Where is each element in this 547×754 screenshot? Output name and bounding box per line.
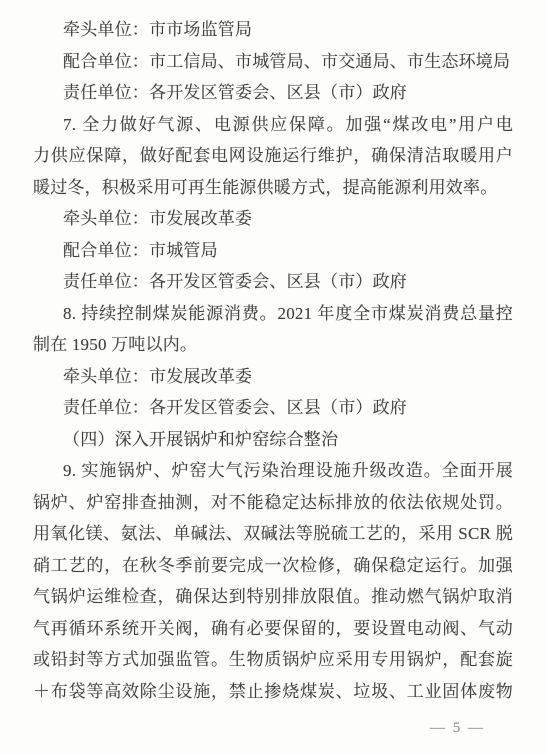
document-line-body: 锅炉、炉窑排查抽测，对不能稳定达标排放的依法依规处罚。采 [33,487,513,519]
document-line-body: 9. 实施锅炉、炉窑大气污染治理设施升级改造。全面开展 [33,455,513,487]
document-line-body: 或铅封等方式加强监管。生物质锅炉应采用专用锅炉，配套旋风 [33,644,513,676]
document-line-body: ＋布袋等高效除尘设施，禁止掺烧煤炭、垃圾、工业固体废物等 [33,676,513,708]
document-line-unit: 责任单位：各开发区管委会、区县（市）政府 [33,392,513,424]
document-body: 牵头单位：市市场监管局配合单位：市工信局、市城管局、市交通局、市生态环境局责任单… [33,14,513,707]
document-line-body: 硝工艺的，在秋冬季前要完成一次检修，确保稳定运行。加强燃 [33,550,513,582]
document-line-unit: 配合单位：市工信局、市城管局、市交通局、市生态环境局 [33,46,513,78]
document-line-unit: 牵头单位：市发展改革委 [33,361,513,393]
document-line-body: 8. 持续控制煤炭能源消费。2021 年度全市煤炭消费总量控 [33,298,513,330]
document-line-body: 7. 全力做好气源、电源供应保障。加强“煤改电”用户电 [33,109,513,141]
document-page: 牵头单位：市市场监管局配合单位：市工信局、市城管局、市交通局、市生态环境局责任单… [0,0,547,754]
document-line-body: 用氧化镁、氨法、单碱法、双碱法等脱硫工艺的，采用 SCR 脱 [33,518,513,550]
document-line-unit: 牵头单位：市发展改革委 [33,203,513,235]
document-line-body: 暖过冬，积极采用可再生能源供暖方式，提高能源利用效率。 [33,172,513,204]
document-line-body: 力供应保障，做好配套电网设施运行维护，确保清洁取暖用户温 [33,140,513,172]
document-line-unit: 牵头单位：市市场监管局 [33,14,513,46]
document-line-unit: 责任单位：各开发区管委会、区县（市）政府 [33,77,513,109]
document-line-body: 制在 1950 万吨以内。 [33,329,513,361]
document-line-body: 气锅炉运维检查，确保达到特别排放限值。推动燃气锅炉取消烟 [33,581,513,613]
document-line-unit: 配合单位：市城管局 [33,235,513,267]
document-line-unit: 责任单位：各开发区管委会、区县（市）政府 [33,266,513,298]
document-line-heading: （四）深入开展锅炉和炉窑综合整治 [33,424,513,456]
document-line-body: 气再循环系统开关阀，确有必要保留的，要设置电动阀、气动阀 [33,613,513,645]
page-number: — 5 — [430,717,485,739]
